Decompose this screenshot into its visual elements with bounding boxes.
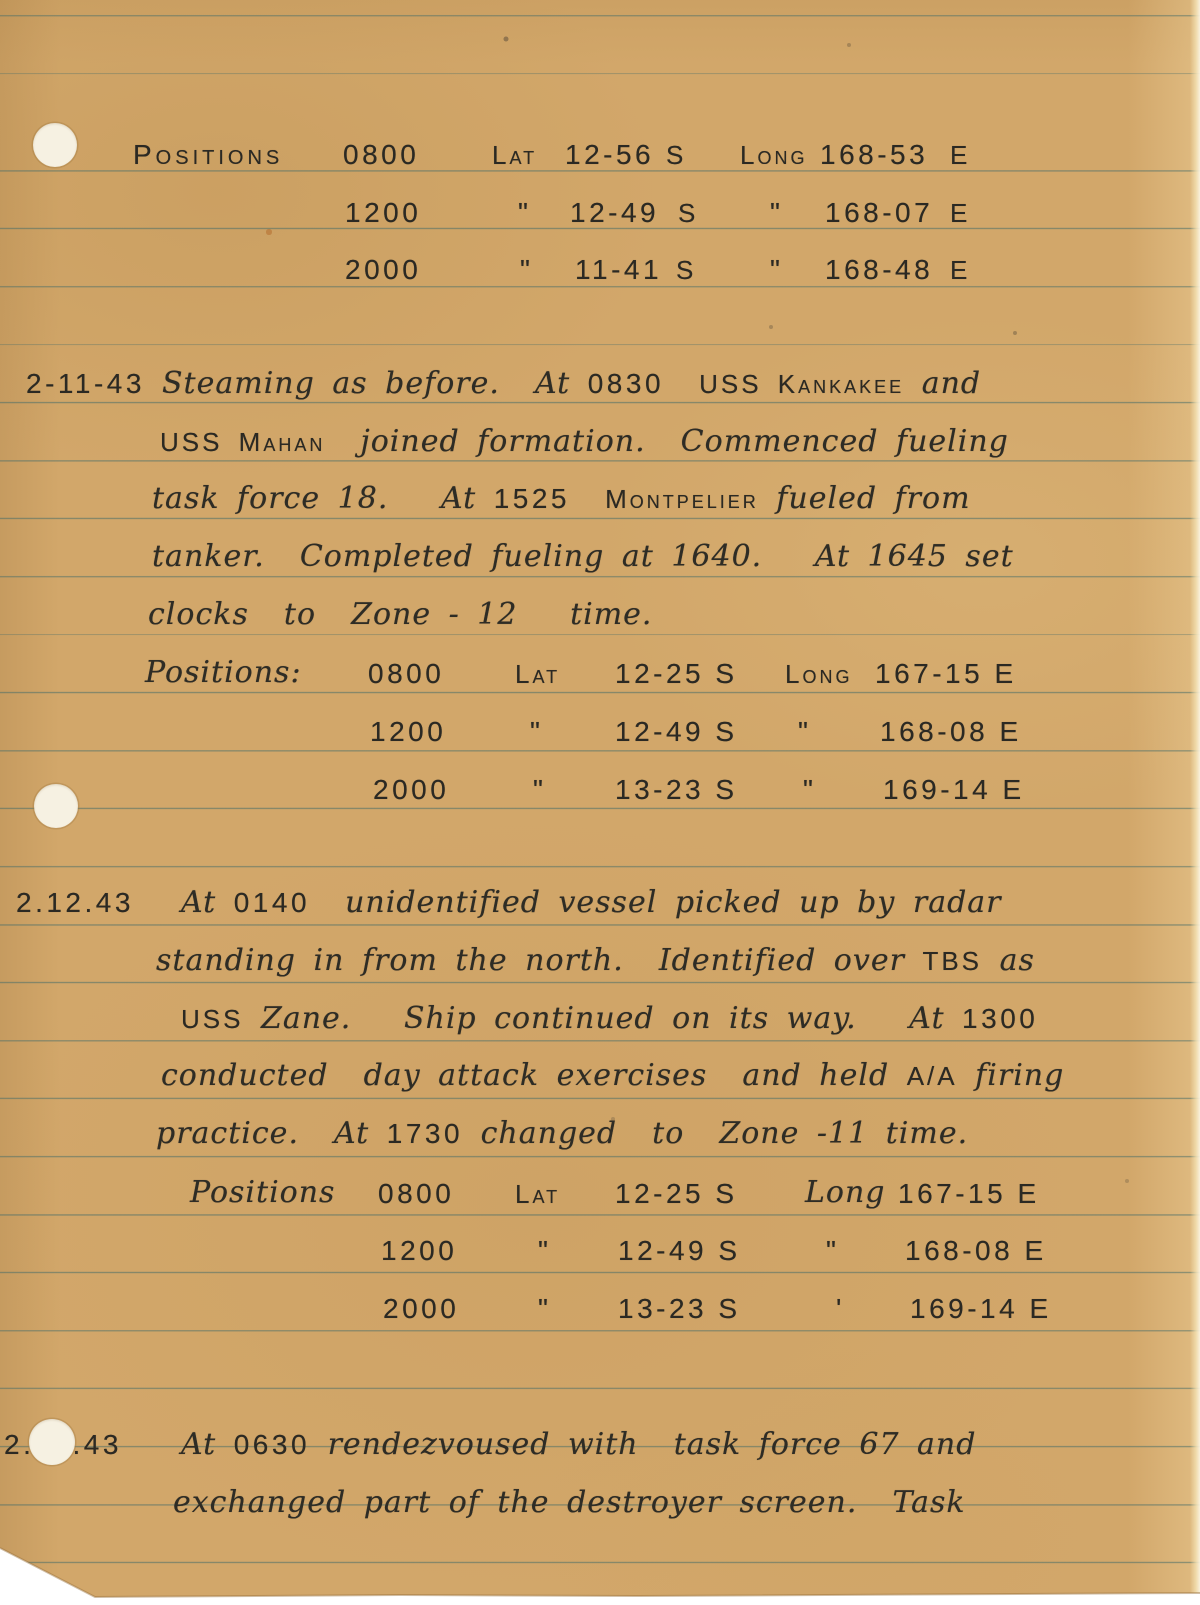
text-segment: exchanged part of the destroyer screen. … bbox=[173, 1485, 966, 1520]
text-segment: 2000 bbox=[373, 774, 449, 806]
text-segment: At bbox=[181, 885, 234, 920]
text-segment: as bbox=[982, 943, 1035, 978]
punch-hole-middle bbox=[34, 784, 78, 828]
punch-hole-bottom bbox=[29, 1419, 75, 1465]
text-segment: Steaming as before. At bbox=[162, 366, 588, 401]
text-segment: 0140 bbox=[234, 887, 310, 918]
text-segment: E bbox=[950, 198, 970, 229]
text-segment: 0830 bbox=[588, 368, 664, 399]
text-segment: 2000 bbox=[345, 254, 421, 286]
text-segment: Positions bbox=[133, 139, 283, 171]
text-segment: 167-15 E bbox=[898, 1178, 1040, 1210]
notebook-page: Positions0800Lat12-56SLong168-53E1200"12… bbox=[0, 0, 1200, 1605]
entry-text-line: Steaming as before. At 0830 USS Kankakee… bbox=[162, 363, 981, 405]
text-segment: 11-41 bbox=[575, 254, 662, 286]
text-segment: 1200 bbox=[345, 197, 421, 229]
text-segment: S bbox=[678, 198, 698, 229]
text-segment: 168-08 E bbox=[905, 1235, 1047, 1267]
text-segment: 169-14 E bbox=[883, 774, 1025, 806]
text-segment: 12-49 S bbox=[615, 716, 738, 748]
text-segment: 1525 bbox=[494, 483, 570, 514]
text-segment: Positions: bbox=[145, 655, 302, 690]
text-segment: 12-49 bbox=[570, 197, 659, 229]
text-segment: E bbox=[950, 255, 970, 286]
text-segment: tanker. Completed fueling at 1640. At 16… bbox=[152, 539, 1014, 574]
text-segment: " bbox=[770, 254, 783, 286]
text-segment: 0800 bbox=[343, 139, 419, 171]
entry-text-line: At 0630 rendezvoused with task force 67 … bbox=[181, 1424, 976, 1466]
entry-text-line: USS Zane. Ship continued on its way. At … bbox=[181, 998, 1038, 1040]
entry-text-line: At 0140 unidentified vessel picked up by… bbox=[181, 882, 1002, 924]
entry-text-line: conducted day attack exercises and held … bbox=[161, 1055, 1064, 1097]
text-segment: 167-15 E bbox=[875, 658, 1017, 690]
text-segment: " bbox=[518, 197, 531, 229]
text-segment: 168-08 E bbox=[880, 716, 1022, 748]
text-segment: 168-07 bbox=[825, 197, 933, 229]
entry-text-line: practice. At 1730 changed to Zone -11 ti… bbox=[156, 1113, 968, 1155]
text-segment: fueled from bbox=[759, 481, 971, 516]
text-segment: " bbox=[533, 774, 546, 806]
entry-date: 2.12.43 bbox=[16, 882, 134, 924]
entry-text-line: standing in from the north. Identified o… bbox=[156, 940, 1035, 982]
text-segment: USS bbox=[181, 1004, 243, 1034]
text-segment: A/A bbox=[907, 1061, 958, 1091]
paper-specks bbox=[0, 0, 2, 2]
text-segment: Lat bbox=[492, 140, 537, 171]
entry-text-line: task force 18. At 1525 Montpelier fueled… bbox=[152, 478, 971, 520]
text-segment: 0630 bbox=[234, 1429, 310, 1460]
text-segment: 168-48 bbox=[825, 254, 933, 286]
text-segment: " bbox=[530, 716, 543, 748]
text-segment: " bbox=[538, 1235, 551, 1267]
paper-right-edge bbox=[1190, 0, 1200, 1605]
entry-text-line: tanker. Completed fueling at 1640. At 16… bbox=[152, 536, 1014, 578]
text-segment: Lat bbox=[515, 659, 560, 690]
text-segment: rendezvoused with task force 67 and bbox=[310, 1427, 976, 1462]
text-segment: 12-49 S bbox=[618, 1235, 741, 1267]
text-segment bbox=[570, 481, 605, 516]
text-segment: 1200 bbox=[370, 716, 446, 748]
text-segment: and bbox=[904, 366, 981, 401]
text-segment: 169-14 E bbox=[910, 1293, 1052, 1325]
text-segment: Long bbox=[740, 140, 807, 171]
text-segment: Lat bbox=[515, 1179, 560, 1210]
entry-date: 2-11-43 bbox=[26, 363, 145, 405]
text-segment: clocks to Zone - 12 time. bbox=[148, 597, 652, 632]
handwriting-layer: Positions0800Lat12-56SLong168-53E1200"12… bbox=[0, 0, 1200, 1605]
text-segment: USS Mahan bbox=[160, 427, 325, 457]
text-segment: 0800 bbox=[378, 1178, 454, 1210]
torn-bottom-edge bbox=[0, 1538, 1200, 1605]
entry-text-line: exchanged part of the destroyer screen. … bbox=[173, 1482, 966, 1524]
text-segment: " bbox=[770, 197, 783, 229]
text-segment: 1200 bbox=[381, 1235, 457, 1267]
text-segment: task force 18. At bbox=[152, 481, 494, 516]
text-segment: unidentified vessel picked up by radar bbox=[310, 885, 1002, 920]
text-segment: 2-11-43 bbox=[26, 368, 145, 399]
text-segment: practice. At bbox=[156, 1116, 387, 1151]
entry-text-line: USS Mahan joined formation. Commenced fu… bbox=[160, 421, 1009, 463]
text-segment: ' bbox=[836, 1293, 845, 1325]
text-segment: " bbox=[803, 774, 816, 806]
text-segment: joined formation. Commenced fueling bbox=[325, 424, 1009, 459]
text-segment: 1730 bbox=[387, 1118, 463, 1149]
text-segment: " bbox=[520, 254, 533, 286]
text-segment: firing bbox=[958, 1058, 1065, 1093]
text-segment: USS Kankakee bbox=[699, 369, 904, 399]
punch-hole-top bbox=[33, 123, 77, 167]
text-segment: 13-23 S bbox=[615, 774, 738, 806]
text-segment: Positions bbox=[190, 1175, 335, 1210]
text-segment: Long bbox=[805, 1175, 886, 1210]
text-segment: E bbox=[950, 140, 970, 171]
text-segment: S bbox=[666, 140, 686, 171]
text-segment: 2000 bbox=[383, 1293, 459, 1325]
text-segment: Zane. Ship continued on its way. At bbox=[243, 1001, 962, 1036]
text-segment: changed to Zone -11 time. bbox=[463, 1116, 968, 1151]
text-segment: " bbox=[538, 1293, 551, 1325]
text-segment: 12-56 bbox=[565, 139, 654, 171]
text-segment: 168-53 bbox=[820, 139, 928, 171]
entry-text-line: clocks to Zone - 12 time. bbox=[148, 594, 652, 636]
text-segment: At bbox=[181, 1427, 234, 1462]
text-segment: conducted day attack exercises and held bbox=[161, 1058, 907, 1093]
text-segment: 12-25 S bbox=[615, 658, 738, 690]
text-segment: 13-23 S bbox=[618, 1293, 741, 1325]
text-segment: 12-25 S bbox=[615, 1178, 738, 1210]
text-segment: S bbox=[676, 255, 696, 286]
text-segment: Montpelier bbox=[605, 484, 759, 514]
text-segment: " bbox=[798, 716, 811, 748]
text-segment: standing in from the north. Identified o… bbox=[156, 943, 922, 978]
text-segment: 2.12.43 bbox=[16, 887, 134, 918]
text-segment: 0800 bbox=[368, 658, 444, 690]
text-segment: 1300 bbox=[962, 1003, 1038, 1034]
text-segment bbox=[664, 366, 699, 401]
text-segment: Long bbox=[785, 659, 852, 690]
text-segment: TBS bbox=[922, 946, 982, 976]
text-segment: " bbox=[826, 1235, 839, 1267]
